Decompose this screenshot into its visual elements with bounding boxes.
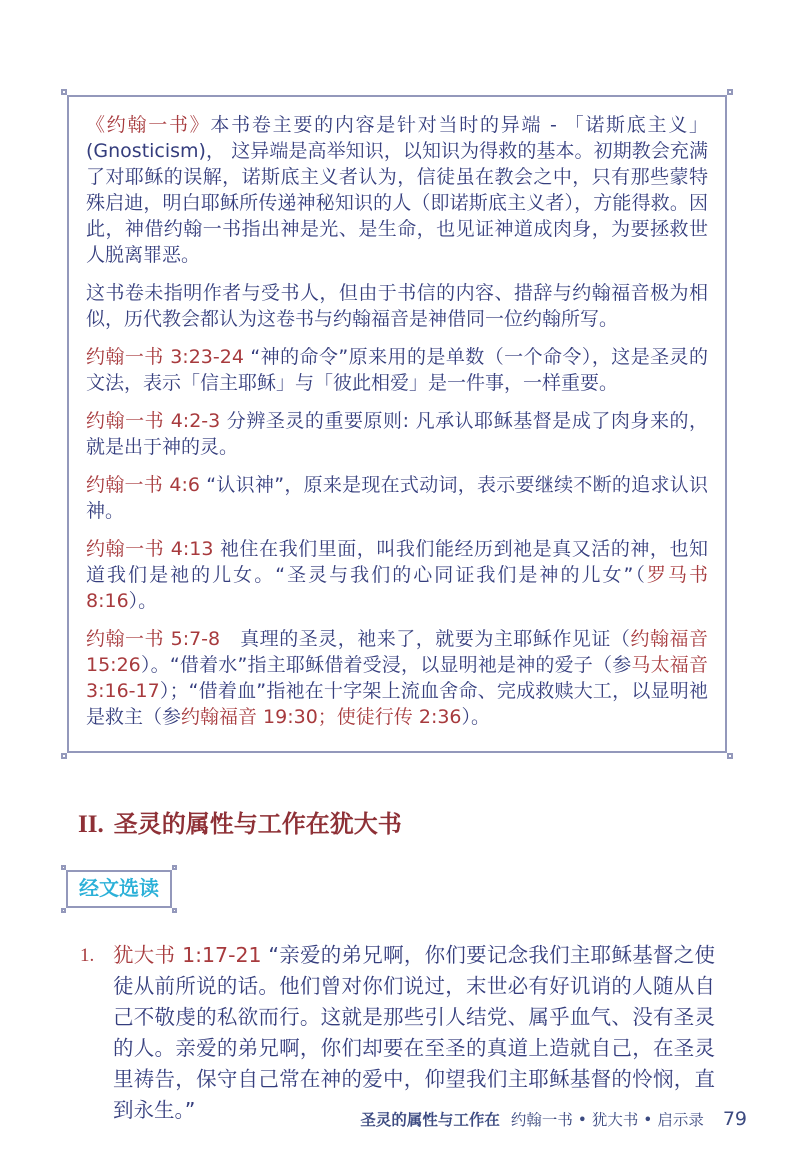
content-column: 《约翰一书》本书卷主要的内容是针对当时的异端 - 「诺斯底主义」(Gnostic… [62,0,747,1126]
scripture-list: 1. 犹大书 1:17-21 “亲爱的弟兄啊，你们要记念我们主耶稣基督之使徒从前… [80,940,747,1126]
section-heading: II.圣灵的属性与工作在犹大书 [78,809,747,840]
text-segment: 真理的圣灵，祂来了，就要为主耶稣作见证（ [220,628,630,650]
page-footer: 圣灵的属性与工作在 约翰一书 • 犹大书 • 启示录 79 [360,1108,747,1130]
text-segment: 这书卷未指明作者与受书人，但由于书信的内容、措辞与约翰福音极为相似，历代教会都认… [86,282,708,330]
frame-corner-ornament [61,753,67,759]
document-page: 《约翰一书》本书卷主要的内容是针对当时的异端 - 「诺斯底主义」(Gnostic… [0,0,790,1170]
text-segment: ）。 [129,590,158,612]
paragraph-1john-4-13: 约翰一书 4:13 祂住在我们里面，叫我们能经历到祂是真又活的神，也知道我们是祂… [86,536,708,614]
paragraph-1john-5-7-8: 约翰一书 5:7-8 真理的圣灵，祂来了，就要为主耶稣作见证（约翰福音 15:2… [86,626,708,730]
list-item-number: 1. [80,940,113,971]
frame-corner-ornament [61,89,67,95]
scripture-reference: 约翰一书 4:13 [86,538,213,560]
paragraph-1john-4-6: 约翰一书 4:6 “认识神”，原来是现在式动词，表示要继续不断的追求认识神。 [86,472,708,524]
list-item: 1. 犹大书 1:17-21 “亲爱的弟兄啊，你们要记念我们主耶稣基督之使徒从前… [80,940,747,1126]
text-segment: ）。“借着水”指主耶稣借着受浸，以显明祂是神的爱子（参 [141,654,632,676]
paragraph-1john-4-2-3: 约翰一书 4:2-3 分辨圣灵的重要原则: 凡承认耶稣基督是成了肉身来的，就是出… [86,408,708,460]
section-title: 圣灵的属性与工作在犹大书 [114,810,402,838]
scripture-reference: 约翰一书 4:6 [86,474,200,496]
section-numeral: II. [78,811,104,838]
frame-corner-ornament [61,908,66,913]
scripture-reference: 约翰福音 19:30；使徒行传 2:36 [181,706,462,728]
frame-corner-ornament [172,908,177,913]
scripture-reading-badge: 经文选读 [66,870,172,908]
paragraph-overview: 《约翰一书》本书卷主要的内容是针对当时的异端 - 「诺斯底主义」(Gnostic… [86,112,708,268]
paragraph-authorship: 这书卷未指明作者与受书人，但由于书信的内容、措辞与约翰福音极为相似，历代教会都认… [86,280,708,332]
scripture-reference: 约翰一书 4:2-3 [86,410,220,432]
scripture-reference: 《约翰一书》 [86,114,210,136]
badge-label: 经文选读 [79,876,159,900]
intro-framed-box: 《约翰一书》本书卷主要的内容是针对当时的异端 - 「诺斯底主义」(Gnostic… [67,95,727,753]
scripture-reference: 约翰一书 3:23-24 [86,346,244,368]
footer-books: 约翰一书 • 犹大书 • 启示录 [511,1111,704,1129]
frame-corner-ornament [61,865,66,870]
page-number: 79 [723,1108,747,1130]
frame-corner-ornament [727,89,733,95]
frame-corner-ornament [727,753,733,759]
text-segment: “亲爱的弟兄啊，你们要记念我们主耶稣基督之使徒从前所说的话。他们曾对你们说过，末… [113,943,715,1122]
paragraph-1john-3-23-24: 约翰一书 3:23-24 “神的命令”原来用的是单数（一个命令），这是圣灵的文法… [86,344,708,396]
footer-title: 圣灵的属性与工作在 [360,1110,500,1129]
scripture-reference: 约翰一书 5:7-8 [86,628,220,650]
text-segment: 本书卷主要的内容是针对当时的异端 - 「诺斯底主义」(Gnosticism)， … [86,114,708,266]
frame-corner-ornament [172,865,177,870]
text-segment: ）。 [462,706,491,728]
list-item-text: 犹大书 1:17-21 “亲爱的弟兄啊，你们要记念我们主耶稣基督之使徒从前所说的… [113,940,715,1126]
scripture-reference: 犹大书 1:17-21 [113,943,262,967]
